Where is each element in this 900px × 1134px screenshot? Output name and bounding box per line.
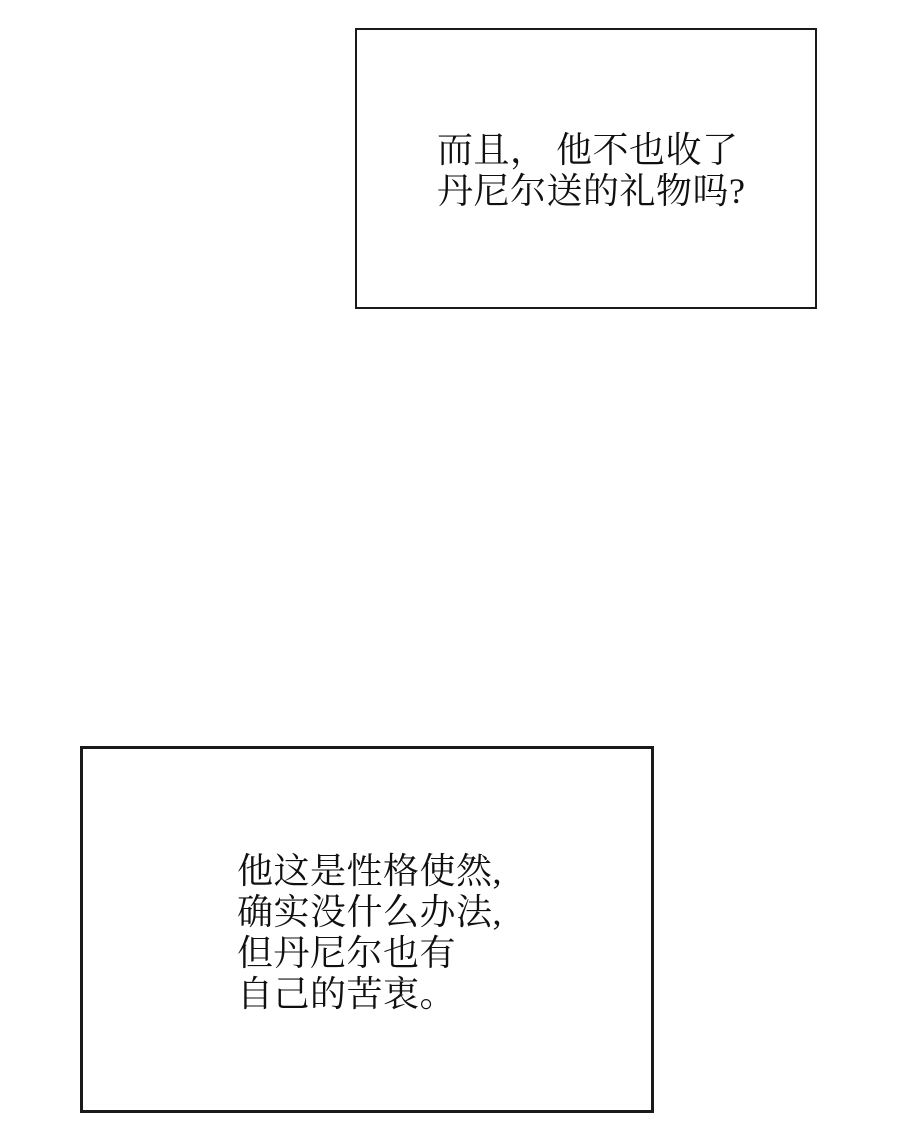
dialogue-text-top: 而且， 他不也收了丹尼尔送的礼物吗?	[437, 130, 745, 212]
dialogue-line: 自己的苦衷。	[237, 974, 502, 1015]
comic-page: 而且， 他不也收了丹尼尔送的礼物吗? 他这是性格使然,确实没什么办法,但丹尼尔也…	[0, 0, 900, 1134]
dialogue-text-bottom: 他这是性格使然,确实没什么办法,但丹尼尔也有自己的苦衷。	[237, 851, 502, 1015]
dialogue-line: 确实没什么办法,	[237, 892, 502, 933]
dialogue-line: 但丹尼尔也有	[237, 933, 502, 974]
dialogue-line: 丹尼尔送的礼物吗?	[437, 171, 745, 212]
dialogue-line: 他这是性格使然,	[237, 851, 502, 892]
dialogue-box-bottom: 他这是性格使然,确实没什么办法,但丹尼尔也有自己的苦衷。	[80, 746, 654, 1113]
dialogue-line: 而且， 他不也收了	[437, 130, 745, 171]
dialogue-box-top: 而且， 他不也收了丹尼尔送的礼物吗?	[355, 28, 817, 309]
